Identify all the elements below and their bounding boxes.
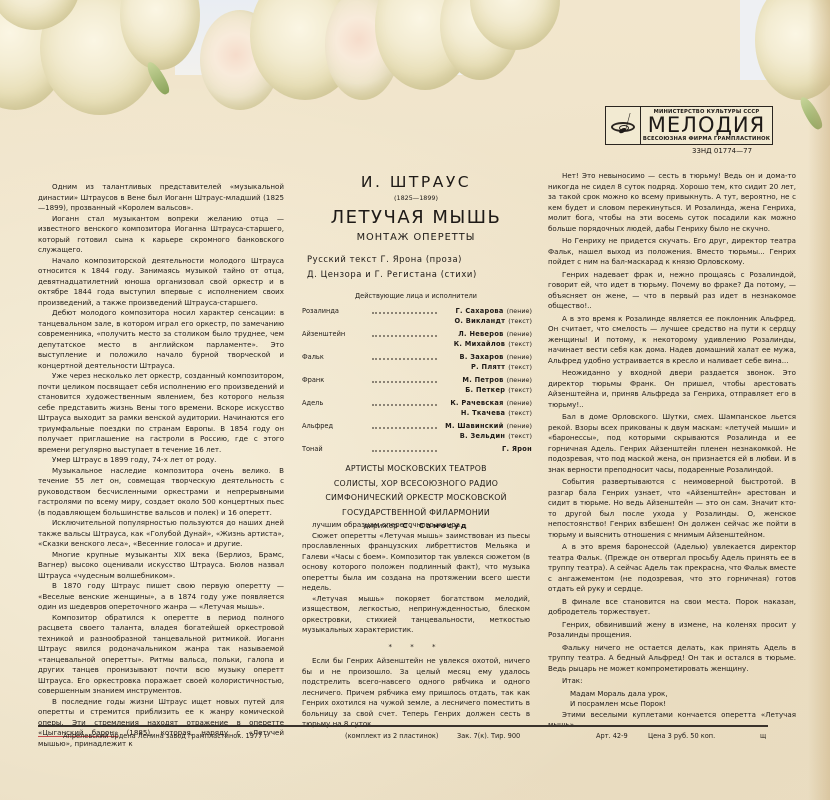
article-number: Арт. 42-9 — [596, 732, 628, 740]
ensemble-line: ГОСУДАРСТВЕННОЙ ФИЛАРМОНИИ — [300, 506, 532, 521]
synopsis-column: Нет! Это невыносимо — сесть в тюрьму! Ве… — [548, 171, 796, 733]
title-block: И. ШТРАУС (1825—1899) ЛЕТУЧАЯ МЫШЬ МОНТА… — [300, 170, 532, 530]
brand-name: МЕЛОДИЯ — [648, 115, 765, 136]
biography-column: Одним из талантливых представителей «муз… — [38, 182, 284, 749]
paragraph: Но Генриху не придется скучать. Его друг… — [548, 236, 796, 268]
ensemble-credits: АРТИСТЫ МОСКОВСКИХ ТЕАТРОВСОЛИСТЫ, ХОР В… — [300, 462, 532, 520]
paragraph: Сюжет оперетты «Летучая мышь» заимствова… — [302, 531, 530, 594]
cast-row: ФалькВ. Захаров(пение)Р. Плятт(текст) — [300, 352, 532, 372]
role-name: Франк — [300, 375, 372, 395]
leader-dots — [372, 352, 437, 360]
performer: К. Михайлов(текст) — [442, 339, 532, 349]
paragraph: В 1870 году Штраус пишет свою первую опе… — [38, 581, 284, 613]
composer-name: И. ШТРАУС — [300, 173, 532, 191]
paragraph: Музыкальное наследие композитора очень в… — [38, 466, 284, 519]
paragraph: Многие крупные музыканты XIX века (Берли… — [38, 550, 284, 582]
cast-row: АйзенштейнЛ. Неверов(пение)К. Михайлов(т… — [300, 329, 532, 349]
set-note: (комплект из 2 пластинок) — [345, 732, 438, 740]
paragraph: А в это время к Розалинде является ее по… — [548, 314, 796, 367]
paragraph: Одним из талантливых представителей «муз… — [38, 182, 284, 214]
sleeve-edge — [808, 0, 830, 800]
ensemble-line: АРТИСТЫ МОСКОВСКИХ ТЕАТРОВ — [300, 462, 532, 477]
cast-heading: Действующие лица и исполнители — [300, 292, 532, 300]
cast-row: АдельК. Рачевская(пение)Н. Ткачева(текст… — [300, 398, 532, 418]
print-mark: щ — [760, 732, 766, 740]
composer-years: (1825—1899) — [300, 194, 532, 202]
role-name: Адель — [300, 398, 372, 418]
paragraph: Неожиданно у входной двери раздается зво… — [548, 368, 796, 410]
synopsis-intro: лучшим образцам опереточного жанра.Сюжет… — [302, 520, 530, 730]
paragraph: В последние годы жизни Штраус ищет новых… — [38, 697, 284, 750]
paragraph: Иоганн стал музыкантом вопреки желанию о… — [38, 214, 284, 256]
printer-info: Апрелевский ордена Ленина завод грамплас… — [63, 732, 268, 740]
verse-line: Мадам Мораль дала урок, — [570, 689, 796, 700]
paragraph: События развертываются с неимоверной быс… — [548, 477, 796, 540]
leader-dots — [372, 306, 437, 314]
performer: Н. Ткачева(текст) — [442, 408, 532, 418]
role-name: Розалинда — [300, 306, 372, 326]
verse-line: И посрамлен мсье Порок! — [570, 699, 796, 710]
performer: Л. Неверов(пение) — [442, 329, 532, 339]
cast-row: ФранкМ. Петров(пение)Б. Петкер(текст) — [300, 375, 532, 395]
footer-rule — [38, 725, 768, 727]
paragraph: Этими веселыми куплетами кончается опере… — [548, 710, 796, 731]
leader-dots — [372, 421, 437, 429]
performer: М. Шавинский(пение) — [442, 421, 532, 431]
catalog-number: 33НД 01774—77 — [692, 147, 752, 155]
paragraph: лучшим образцам опереточного жанра. — [302, 520, 530, 531]
paragraph: Уже через несколько лет оркестр, созданн… — [38, 371, 284, 455]
paragraph: Умер Штраус в 1899 году, 74-х лет от род… — [38, 455, 284, 466]
paragraph: Фальку ничего не остается делать, как пр… — [548, 643, 796, 675]
text-credits: Русский текст Г. Ярона (проза) Д. Цензор… — [300, 252, 532, 282]
opera-subtitle: МОНТАЖ ОПЕРЕТТЫ — [300, 232, 532, 243]
section-separator: * * * — [302, 642, 530, 653]
paragraph: В финале все становится на свои места. П… — [548, 597, 796, 618]
leader-dots — [372, 329, 437, 337]
role-name: Айзенштейн — [300, 329, 372, 349]
paragraph: Итак: — [548, 676, 796, 687]
performer: Б. Петкер(текст) — [442, 385, 532, 395]
cast-list: РозалиндаГ. Сахарова(пение)О. Викландт(т… — [300, 306, 532, 454]
melodia-logo: 𝅘𝅥 МИНИСТЕРСТВО КУЛЬТУРЫ СССР МЕЛОДИЯ ВС… — [605, 106, 773, 145]
paragraph: Генрих, обвинивший жену в измене, на кол… — [548, 620, 796, 641]
role-name: Фальк — [300, 352, 372, 372]
melodia-disc-icon: 𝅘𝅥 — [606, 107, 641, 144]
paragraph: Бал в доме Орловского. Шутки, смех. Шамп… — [548, 412, 796, 475]
paragraph: Если бы Генрих Айзенштейн не увлекся охо… — [302, 656, 530, 730]
verse: Мадам Мораль дала урок,И посрамлен мсье … — [548, 689, 796, 710]
leader-dots — [372, 375, 437, 383]
paragraph: Начало композиторской деятельности молод… — [38, 256, 284, 309]
role-name: Альфред — [300, 421, 372, 441]
performer: К. Рачевская(пение) — [442, 398, 532, 408]
performer: М. Петров(пение) — [442, 375, 532, 385]
leader-dots — [372, 444, 437, 452]
performer: Г. Ярон — [442, 444, 532, 454]
opera-title: ЛЕТУЧАЯ МЫШЬ — [300, 207, 532, 228]
role-name: Тонай — [300, 444, 372, 454]
performer: Р. Плятт(текст) — [442, 362, 532, 372]
paragraph: Дебют молодого композитора носил характе… — [38, 308, 284, 371]
paragraph: Генрих надевает фрак и, нежно прощаясь с… — [548, 270, 796, 312]
performer: Г. Сахарова(пение) — [442, 306, 532, 316]
order-info: Зак. 7(к). Тир. 900 — [457, 732, 520, 740]
cast-row: ТонайГ. Ярон — [300, 444, 532, 454]
paragraph: «Летучая мышь» покоряет богатством мелод… — [302, 594, 530, 636]
paragraph: Нет! Это невыносимо — сесть в тюрьму! Ве… — [548, 171, 796, 234]
cast-row: АльфредМ. Шавинский(пение)В. Зельдин(тек… — [300, 421, 532, 441]
performer: В. Захаров(пение) — [442, 352, 532, 362]
performer: В. Зельдин(текст) — [442, 431, 532, 441]
ensemble-line: СИМФОНИЧЕСКИЙ ОРКЕСТР МОСКОВСКОЙ — [300, 491, 532, 506]
firm-text: ВСЕСОЮЗНАЯ ФИРМА ГРАМПЛАСТИНОК — [643, 136, 770, 142]
paragraph: Композитор обратился к оперетте в период… — [38, 613, 284, 697]
price: Цена 3 руб. 50 коп. — [648, 732, 715, 740]
paragraph: А в это время баронессой (Аделью) увлека… — [548, 542, 796, 595]
cast-row: РозалиндаГ. Сахарова(пение)О. Викландт(т… — [300, 306, 532, 326]
leader-dots — [372, 398, 437, 406]
ensemble-line: СОЛИСТЫ, ХОР ВСЕСОЮЗНОГО РАДИО — [300, 477, 532, 492]
performer: О. Викландт(текст) — [442, 316, 532, 326]
paragraph: Исключительной популярностью пользуются … — [38, 518, 284, 550]
